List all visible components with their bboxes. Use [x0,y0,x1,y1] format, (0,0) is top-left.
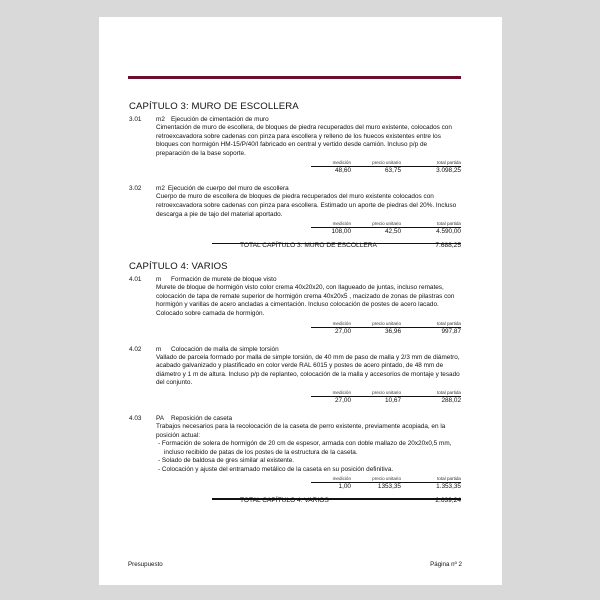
measurement-headers: mediciónprecio unitariototal partida [311,390,461,395]
item-unit: m2 [156,115,171,124]
item-measurement: mediciónprecio unitariototal partida27,0… [311,390,461,408]
item-bullet: - Solado de baldosa de gres similar al e… [156,457,461,466]
item-name: Formación de murete de bloque visto [171,275,277,284]
measurement-headers: mediciónprecio unitariototal partida [311,476,461,481]
unit-price-value: 36,96 [351,328,401,335]
unit-price-header: precio unitario [351,476,401,481]
item-name: Ejecución de cimentación de muro [171,115,269,124]
item-measurement: mediciónprecio unitariototal partida27,0… [311,321,461,339]
item-header: 3.02m2Ejecución de cuerpo del muro de es… [129,184,461,193]
item-name: Colocación de malla de simple torsión [171,345,279,354]
quantity-value: 1,00 [311,483,351,490]
unit-price-header: precio unitario [351,160,401,165]
item-description: Vallado de parcela formado por malla de … [156,354,461,388]
measurement-values: 27,0036,96997,87 [311,328,461,335]
item-unit: PA [156,414,171,423]
budget-content: CAPÍTULO 3: MURO DE ESCOLLERA3.01m2Ejecu… [129,101,461,508]
unit-price-header: precio unitario [351,221,401,226]
item-description-text: Murete de bloque de hormigón visto color… [156,284,461,318]
budget-item: 3.02m2Ejecución de cuerpo del muro de es… [129,184,461,239]
measurement-values: 108,0042,504.590,00 [311,228,461,235]
quantity-value: 48,60 [311,167,351,174]
item-code: 3.02 [129,184,156,193]
item-description-text: Trabajos necesarios para la recolocación… [156,423,461,440]
item-description: Murete de bloque de hormigón visto color… [156,284,461,318]
unit-price-header: precio unitario [351,321,401,326]
total-value: 4.590,00 [401,228,461,235]
item-name: Ejecución de cuerpo del muro de escoller… [168,184,289,193]
total-value: 997,87 [401,328,461,335]
item-measurement: mediciónprecio unitariototal partida108,… [311,221,461,239]
quantity-header: medición [311,221,351,226]
chapter-title: CAPÍTULO 4: VARIOS [129,261,461,272]
total-header: total partida [401,321,461,326]
measurement-values: 1,001353,351.353,35 [311,483,461,490]
item-unit: m [156,345,171,354]
chapter-total-value: 2.639,24 [435,497,461,504]
chapter-total-label: TOTAL CAPÍTULO 3: MURO DE ESCOLLERA [240,242,377,249]
total-value: 3.098,25 [401,167,461,174]
quantity-value: 27,00 [311,397,351,404]
budget-item: 4.02mColocación de malla de simple torsi… [129,345,461,408]
item-description-text: Cuerpo de muro de escollera de bloques d… [156,193,461,219]
item-measurement: mediciónprecio unitariototal partida48,6… [311,160,461,178]
footer-document-title: Presupuesto [128,561,163,568]
budget-item: 4.03PAReposición de casetaTrabajos neces… [129,414,461,495]
item-header: 4.03PAReposición de caseta [129,414,461,423]
item-unit: m [156,275,171,284]
item-code: 4.02 [129,345,156,354]
item-code: 4.03 [129,414,156,423]
item-bullet: - Formación de solera de hormigón de 20 … [156,440,461,457]
measurement-values: 27,0010,67288,02 [311,397,461,404]
quantity-value: 108,00 [311,228,351,235]
total-header: total partida [401,160,461,165]
item-description: Trabajos necesarios para la recolocación… [156,423,461,475]
item-code: 4.01 [129,275,156,284]
item-measurement: mediciónprecio unitariototal partida1,00… [311,476,461,494]
footer-page-number: Página nº 2 [430,561,462,568]
budget-item: 4.01mFormación de murete de bloque visto… [129,275,461,338]
total-header: total partida [401,390,461,395]
item-bullet: - Colocación y ajuste del entramado metá… [156,466,461,475]
item-bullet-list: - Formación de solera de hormigón de 20 … [156,440,461,474]
chapter-section: CAPÍTULO 3: MURO DE ESCOLLERA3.01m2Ejecu… [129,101,461,253]
quantity-header: medición [311,160,351,165]
item-header: 4.02mColocación de malla de simple torsi… [129,345,461,354]
item-description-text: Vallado de parcela formado por malla de … [156,354,461,388]
header-accent-bar [128,76,461,79]
item-description: Cimentación de muro de escollera, de blo… [156,124,461,158]
quantity-header: medición [311,476,351,481]
measurement-headers: mediciónprecio unitariototal partida [311,160,461,165]
measurement-headers: mediciónprecio unitariototal partida [311,221,461,226]
unit-price-value: 63,75 [351,167,401,174]
item-code: 3.01 [129,115,156,124]
item-unit: m2 [156,184,165,193]
chapter-title: CAPÍTULO 3: MURO DE ESCOLLERA [129,101,461,112]
item-description: Cuerpo de muro de escollera de bloques d… [156,193,461,219]
chapter-total-value: 7.688,25 [435,242,461,249]
budget-item: 3.01m2Ejecución de cimentación de muroCi… [129,115,461,178]
unit-price-header: precio unitario [351,390,401,395]
unit-price-value: 42,50 [351,228,401,235]
quantity-value: 27,00 [311,328,351,335]
item-header: 3.01m2Ejecución de cimentación de muro [129,115,461,124]
measurement-headers: mediciónprecio unitariototal partida [311,321,461,326]
total-value: 288,02 [401,397,461,404]
total-header: total partida [401,476,461,481]
unit-price-value: 1353,35 [351,483,401,490]
document-page: CAPÍTULO 3: MURO DE ESCOLLERA3.01m2Ejecu… [99,17,502,585]
chapter-section: CAPÍTULO 4: VARIOS4.01mFormación de mure… [129,261,461,508]
total-header: total partida [401,221,461,226]
quantity-header: medición [311,390,351,395]
item-header: 4.01mFormación de murete de bloque visto [129,275,461,284]
chapter-total-label: TOTAL CAPÍTULO 4: VARIOS [240,497,329,504]
unit-price-value: 10,67 [351,397,401,404]
quantity-header: medición [311,321,351,326]
chapter-total: TOTAL CAPÍTULO 3: MURO DE ESCOLLERA7.688… [212,243,461,253]
measurement-values: 48,6063,753.098,25 [311,167,461,174]
chapter-total: TOTAL CAPÍTULO 4: VARIOS2.639,24 [212,498,461,508]
item-name: Reposición de caseta [171,414,232,423]
total-value: 1.353,35 [401,483,461,490]
item-description-text: Cimentación de muro de escollera, de blo… [156,124,461,158]
